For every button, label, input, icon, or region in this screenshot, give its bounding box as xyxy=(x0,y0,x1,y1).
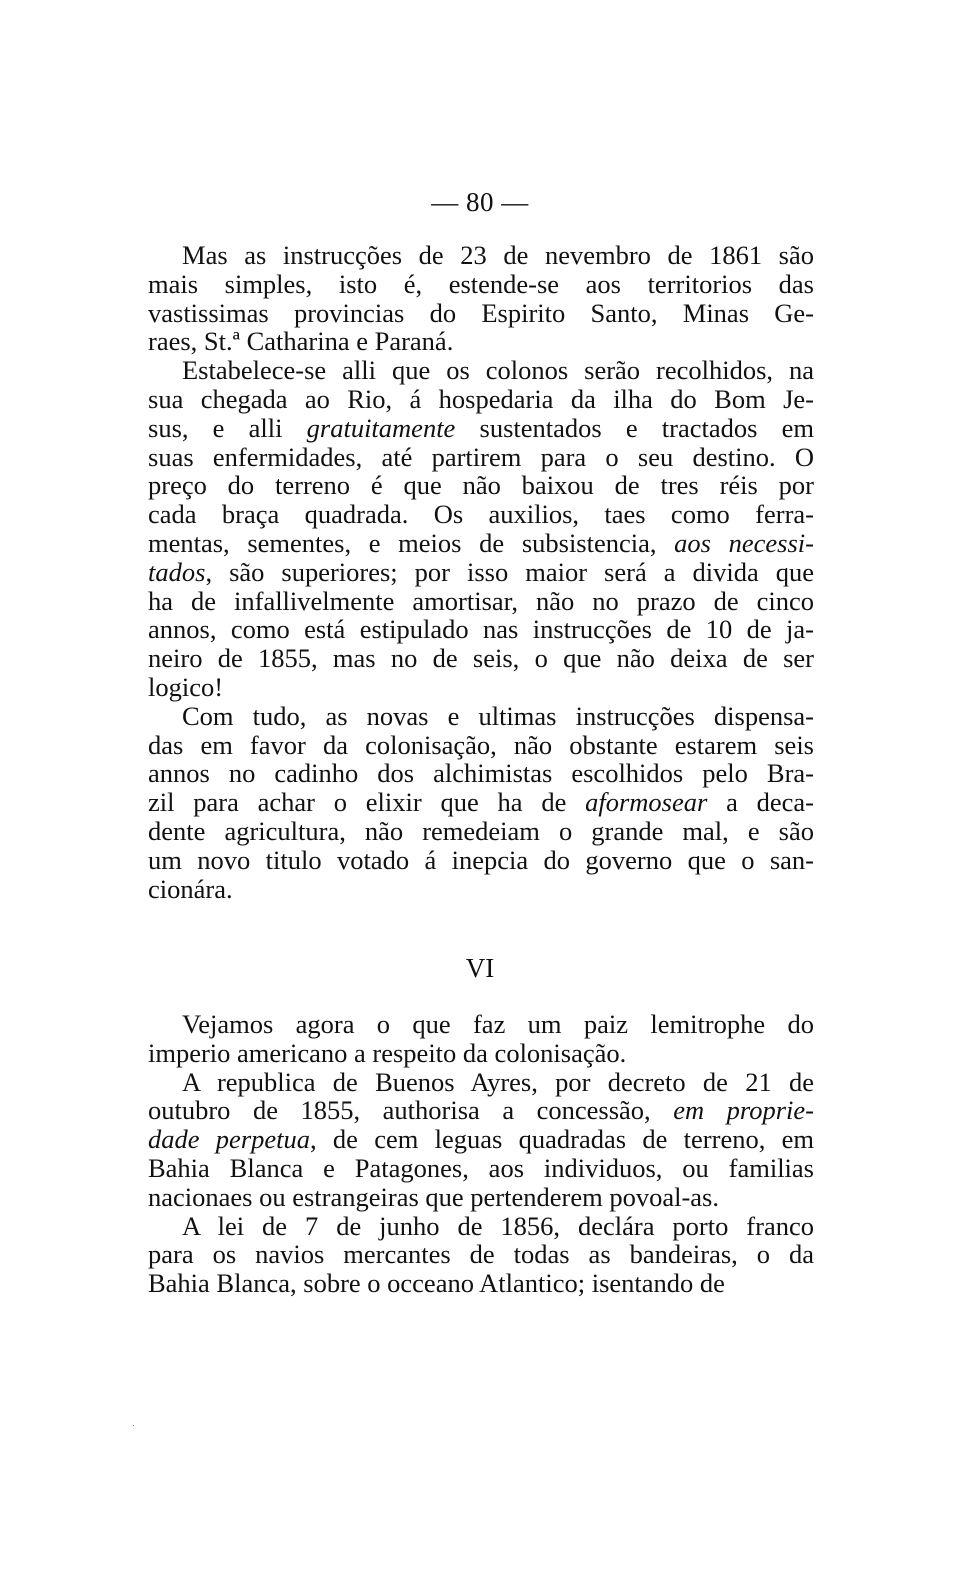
text-line: das em favor da colonisação, não obstant… xyxy=(148,731,814,760)
paragraph: A lei de 7 de junho de 1856, declára por… xyxy=(148,1212,814,1298)
text-line: Bahia Blanca, sobre o occeano Atlantico;… xyxy=(148,1269,814,1298)
text-line: annos no cadinho dos alchimistas escolhi… xyxy=(148,759,814,788)
paragraph: A republica de Buenos Ayres, por decreto… xyxy=(148,1068,814,1212)
italic-emphasis: tados xyxy=(148,557,205,587)
text-line: neiro de 1855, mas no de seis, o que não… xyxy=(148,644,814,673)
paragraph: Mas as instrucções de 23 de nevembro de … xyxy=(148,241,814,356)
text-line: para os navios mercantes de todas as ban… xyxy=(148,1240,814,1269)
text-line: outubro de 1855, authorisa a concessão, … xyxy=(148,1096,814,1125)
italic-emphasis: aos necessi- xyxy=(674,528,814,558)
italic-emphasis: em proprie- xyxy=(673,1095,814,1125)
italic-emphasis: dade perpetua xyxy=(148,1124,310,1154)
paragraph: Estabelece-se alli que os colonos serão … xyxy=(148,356,814,702)
text-line: dade perpetua, de cem leguas quadradas d… xyxy=(148,1125,814,1154)
text-line: ha de infallivelmente amortisar, não no … xyxy=(148,587,814,616)
paragraph: Vejamos agora o que faz um paiz lemitrop… xyxy=(148,1010,814,1068)
text-line: cada braça quadrada. Os auxilios, taes c… xyxy=(148,500,814,529)
text-block-bottom: Vejamos agora o que faz um paiz lemitrop… xyxy=(148,1010,814,1298)
text-line: suas enfermidades, até partirem para o s… xyxy=(148,443,814,472)
text-line: Com tudo, as novas e ultimas instrucções… xyxy=(148,702,814,731)
text-line: mais simples, isto é, estende-se aos ter… xyxy=(148,270,814,299)
paragraph: Com tudo, as novas e ultimas instrucções… xyxy=(148,702,814,904)
text-line: vastissimas provincias do Espirito Santo… xyxy=(148,299,814,328)
text-line: sus, e alli gratuitamente sustentados e … xyxy=(148,414,814,443)
text-line: um novo titulo votado á inepcia do gover… xyxy=(148,846,814,875)
text-block-top: Mas as instrucções de 23 de nevembro de … xyxy=(148,241,814,903)
italic-emphasis: gratuitamente xyxy=(307,413,456,443)
text-line: imperio americano a respeito da colonisa… xyxy=(148,1039,814,1068)
text-line: dente agricultura, não remedeiam o grand… xyxy=(148,817,814,846)
text-line: A republica de Buenos Ayres, por decreto… xyxy=(148,1068,814,1097)
text-line: A lei de 7 de junho de 1856, declára por… xyxy=(148,1212,814,1241)
text-line: annos, como está estipulado nas instrucç… xyxy=(148,615,814,644)
italic-emphasis: aformosear xyxy=(585,787,707,817)
text-line: sua chegada ao Rio, á hospedaria da ilha… xyxy=(148,385,814,414)
text-line: raes, St.ª Catharina e Paraná. xyxy=(148,327,814,356)
text-line: nacionaes ou estrangeiras que pertendere… xyxy=(148,1183,814,1212)
text-line: cionára. xyxy=(148,875,814,904)
text-line: Mas as instrucções de 23 de nevembro de … xyxy=(148,241,814,270)
text-line: Bahia Blanca e Patagones, aos individuos… xyxy=(148,1154,814,1183)
page-number: — 80 — xyxy=(0,187,960,218)
text-line: logico! xyxy=(148,673,814,702)
book-page: — 80 — Mas as instrucções de 23 de nevem… xyxy=(0,0,960,1573)
text-line: zil para achar o elixir que ha de aformo… xyxy=(148,788,814,817)
text-line: Estabelece-se alli que os colonos serão … xyxy=(148,356,814,385)
text-line: preço do terreno é que não baixou de tre… xyxy=(148,471,814,500)
text-line: mentas, sementes, e meios de subsistenci… xyxy=(148,529,814,558)
scan-artifact-dot xyxy=(133,1425,134,1426)
text-line: Vejamos agora o que faz um paiz lemitrop… xyxy=(148,1010,814,1039)
text-line: tados, são superiores; por isso maior se… xyxy=(148,558,814,587)
section-heading: VI xyxy=(0,953,960,984)
